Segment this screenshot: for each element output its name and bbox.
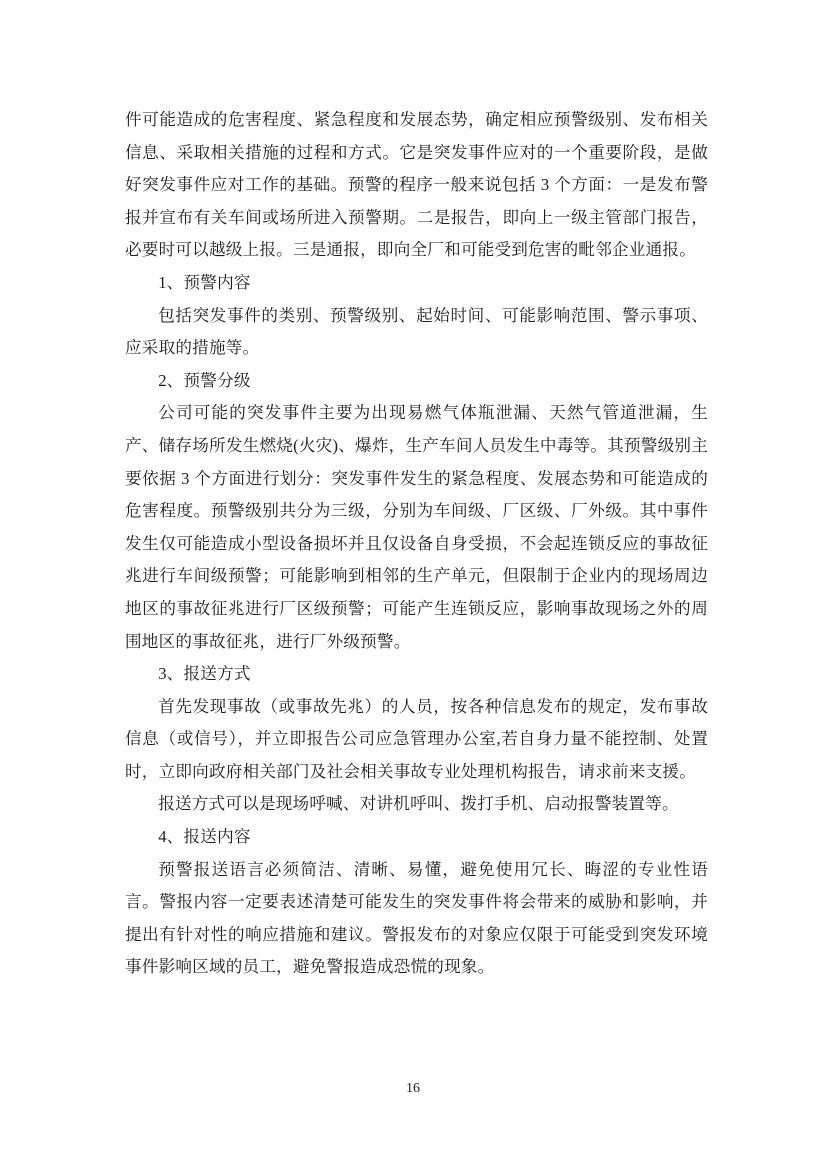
section-heading-1: 1、预警内容	[125, 267, 708, 300]
page-number: 16	[0, 1080, 826, 1098]
body-paragraph: 公司可能的突发事件主要为出现易燃气体瓶泄漏、天然气管道泄漏，生产、储存场所发生燃…	[125, 397, 708, 658]
body-paragraph: 预警报送语言必须简洁、清晰、易懂，避免使用冗长、晦涩的专业性语言。警报内容一定要…	[125, 854, 708, 984]
section-heading-4: 4、报送内容	[125, 821, 708, 854]
body-paragraph-continuation: 件可能造成的危害程度、紧急程度和发展态势，确定相应预警级别、发布相关信息、采取相…	[125, 104, 708, 267]
body-paragraph: 报送方式可以是现场呼喊、对讲机呼叫、拨打手机、启动报警装置等。	[125, 788, 708, 821]
document-body: 件可能造成的危害程度、紧急程度和发展态势，确定相应预警级别、发布相关信息、采取相…	[125, 104, 708, 984]
document-page: 件可能造成的危害程度、紧急程度和发展态势，确定相应预警级别、发布相关信息、采取相…	[0, 0, 826, 1169]
body-paragraph: 包括突发事件的类别、预警级别、起始时间、可能影响范围、警示事项、应采取的措施等。	[125, 300, 708, 365]
section-heading-2: 2、预警分级	[125, 365, 708, 398]
body-paragraph: 首先发现事故（或事故先兆）的人员，按各种信息发布的规定，发布事故信息（或信号），…	[125, 691, 708, 789]
section-heading-3: 3、报送方式	[125, 658, 708, 691]
